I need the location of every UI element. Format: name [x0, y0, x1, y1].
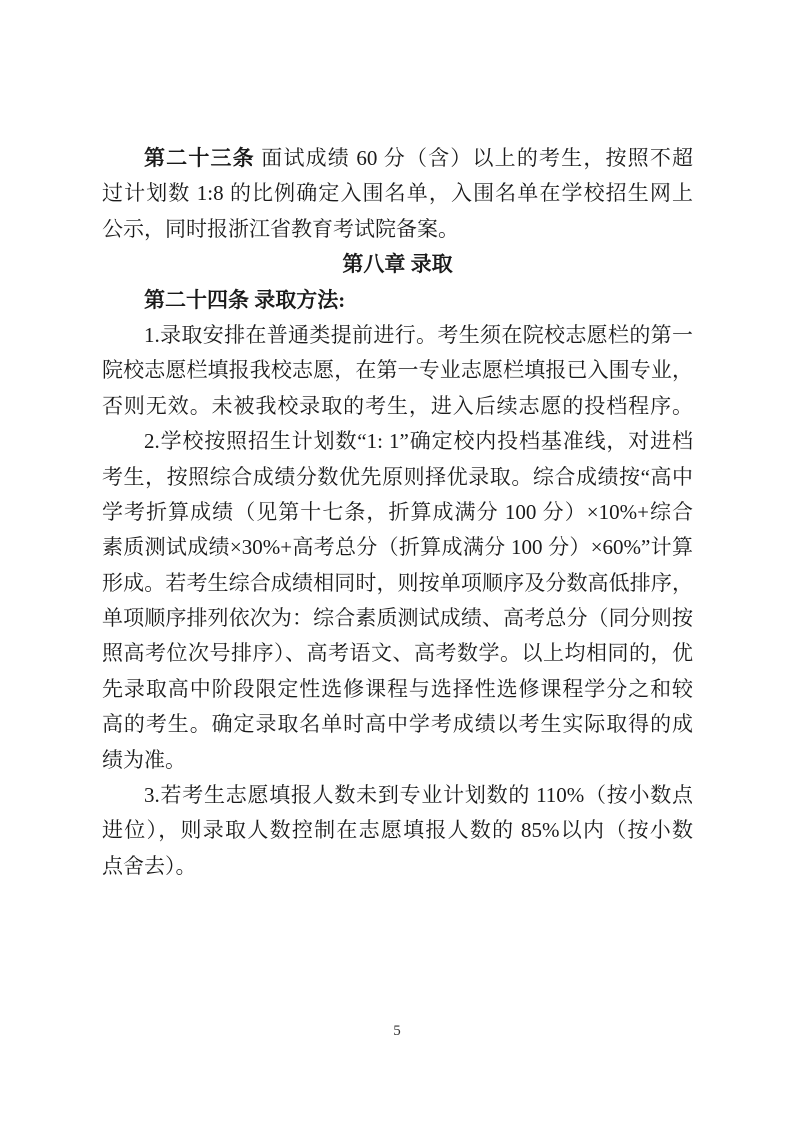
page-number: 5: [0, 1022, 794, 1040]
text-line: 单项顺序排列依次为：综合素质测试成绩、高考总分（同分则按: [102, 601, 693, 636]
text-line: 进位），则录取人数控制在志愿填报人数的 85%以内（按小数: [102, 813, 693, 848]
text-line: 1.录取安排在普通类提前进行。考生须在院校志愿栏的第一: [102, 318, 693, 353]
text-line: 院校志愿栏填报我校志愿，在第一专业志愿栏填报已入围专业，: [102, 353, 693, 388]
text-line: 高的考生。确定录取名单时高中学考成绩以考生实际取得的成: [102, 707, 693, 742]
line-text: 学考折算成绩（见第十七条，折算成满分 100 分）×10%+综合: [102, 500, 693, 524]
text-line: 过计划数 1:8 的比例确定入围名单，入围名单在学校招生网上: [102, 176, 693, 211]
line-text: 3.若考生志愿填报人数未到专业计划数的 110%（按小数点: [144, 783, 693, 807]
text-line: 学考折算成绩（见第十七条，折算成满分 100 分）×10%+综合: [102, 495, 693, 530]
text-line: 否则无效。未被我校录取的考生，进入后续志愿的投档程序。: [102, 389, 693, 424]
line-text: 面试成绩 60 分（含）以上的考生，按照不超: [261, 146, 693, 170]
document-page: 第二十三条 面试成绩 60 分（含）以上的考生，按照不超 过计划数 1:8 的比…: [0, 0, 794, 1123]
line-text: 1.录取安排在普通类提前进行。考生须在院校志愿栏的第一: [144, 323, 693, 347]
line-text: 2.学校按照招生计划数“1: 1”确定校内投档基准线，对进档: [144, 429, 693, 453]
line-text: 素质测试成绩×30%+高考总分（折算成满分 100 分）×60%”计算: [102, 535, 693, 559]
chapter-heading: 第八章 录取: [102, 247, 693, 282]
line-text: 进位），则录取人数控制在志愿填报人数的 85%以内（按小数: [102, 818, 693, 842]
text-line: 形成。若考生综合成绩相同时，则按单项顺序及分数高低排序，: [102, 566, 693, 601]
text-line: 考生，按照综合成绩分数优先原则择优录取。综合成绩按“高中: [102, 460, 693, 495]
line-text: 照高考位次号排序）、高考语文、高考数学。以上均相同的，优: [102, 641, 693, 665]
text-line: 绩为准。: [102, 743, 693, 778]
line-text: 点舍去）。: [102, 854, 197, 878]
chapter-heading-text: 第八章 录取: [342, 252, 452, 276]
text-line: 2.学校按照招生计划数“1: 1”确定校内投档基准线，对进档: [102, 424, 693, 459]
text-block: 第二十三条 面试成绩 60 分（含）以上的考生，按照不超 过计划数 1:8 的比…: [102, 141, 693, 884]
article-24-term: 第二十四条 录取方法:: [144, 288, 345, 312]
text-line: 点舍去）。: [102, 849, 693, 884]
text-line: 素质测试成绩×30%+高考总分（折算成满分 100 分）×60%”计算: [102, 530, 693, 565]
text-line: 公示，同时报浙江省教育考试院备案。: [102, 212, 693, 247]
line-text: 形成。若考生综合成绩相同时，则按单项顺序及分数高低排序，: [102, 571, 693, 595]
text-line: 第二十三条 面试成绩 60 分（含）以上的考生，按照不超: [102, 141, 693, 176]
article-23-term: 第二十三条: [144, 146, 261, 170]
text-line: 先录取高中阶段限定性选修课程与选择性选修课程学分之和较: [102, 672, 693, 707]
text-line: 3.若考生志愿填报人数未到专业计划数的 110%（按小数点: [102, 778, 693, 813]
line-text: 考生，按照综合成绩分数优先原则择优录取。综合成绩按“高中: [102, 465, 693, 489]
text-line: 照高考位次号排序）、高考语文、高考数学。以上均相同的，优: [102, 636, 693, 671]
article-24-heading: 第二十四条 录取方法:: [102, 283, 693, 318]
line-text: 高的考生。确定录取名单时高中学考成绩以考生实际取得的成: [102, 712, 693, 736]
line-text: 公示，同时报浙江省教育考试院备案。: [102, 217, 459, 241]
line-text: 过计划数 1:8 的比例确定入围名单，入围名单在学校招生网上: [102, 181, 693, 205]
line-text: 院校志愿栏填报我校志愿，在第一专业志愿栏填报已入围专业，: [102, 358, 693, 382]
line-text: 单项顺序排列依次为：综合素质测试成绩、高考总分（同分则按: [102, 606, 693, 630]
line-text: 先录取高中阶段限定性选修课程与选择性选修课程学分之和较: [102, 677, 693, 701]
line-text: 绩为准。: [102, 748, 186, 772]
line-text: 否则无效。未被我校录取的考生，进入后续志愿的投档程序。: [102, 394, 693, 418]
